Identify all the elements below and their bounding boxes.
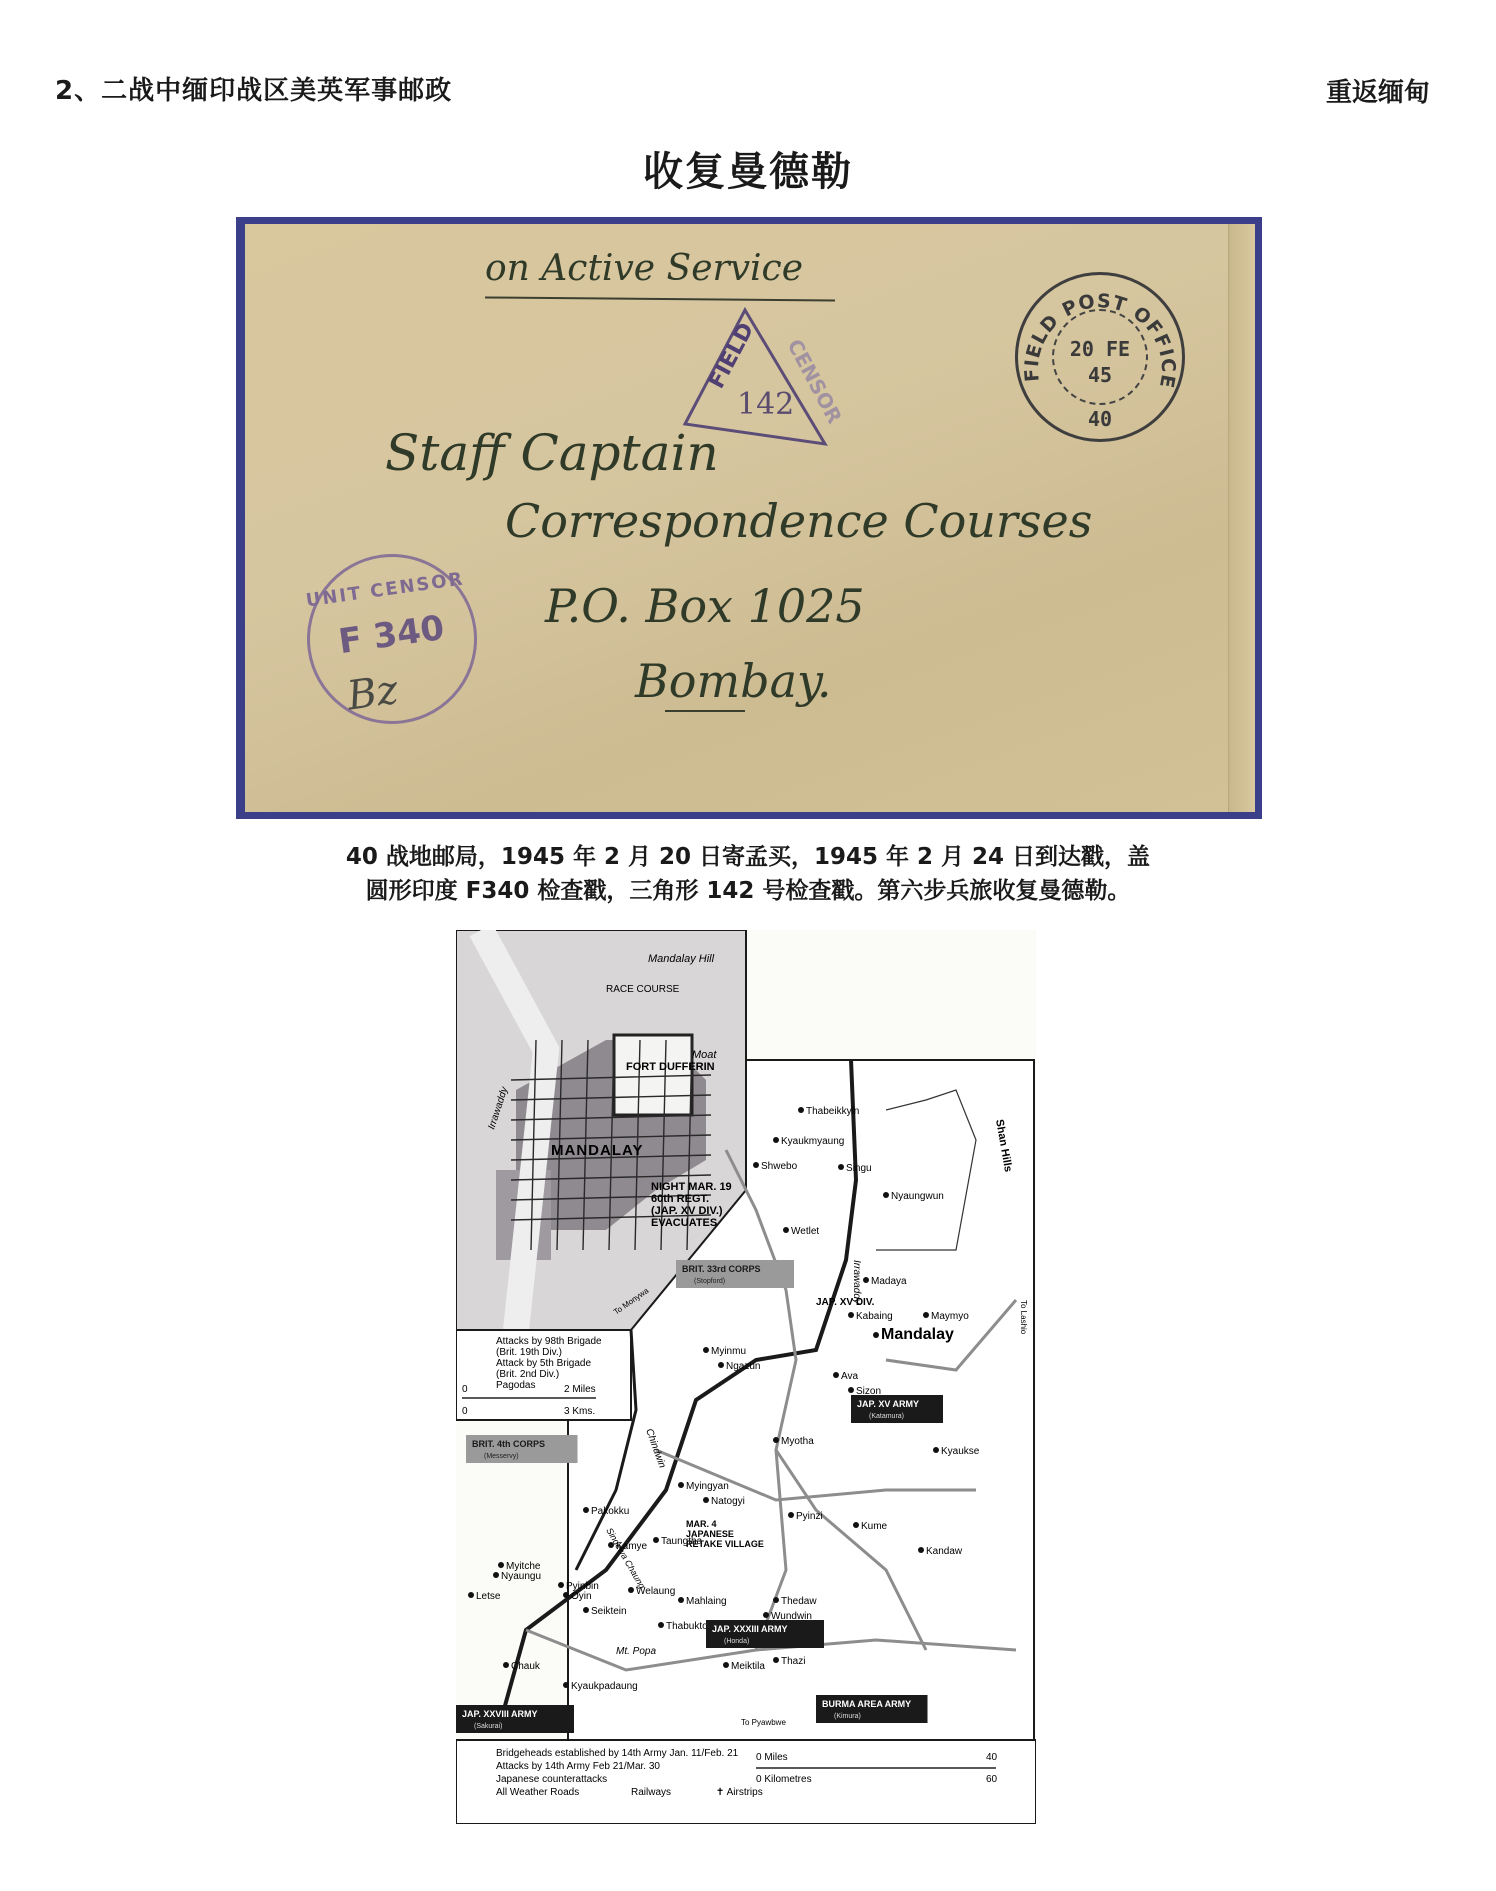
town-marker (848, 1387, 854, 1393)
formation-name: BRIT. 33rd CORPS (682, 1264, 761, 1274)
town-label: Seiktein (591, 1606, 627, 1617)
label-moat: Moat (692, 1049, 717, 1061)
inset-scale-km-0: 0 (462, 1406, 468, 1417)
town-label: Wetlet (791, 1226, 819, 1237)
town-label: Shwebo (761, 1161, 798, 1172)
town-marker (493, 1572, 499, 1578)
address-line-1: Staff Captain (385, 424, 719, 482)
town-label: Nyaungwun (891, 1191, 944, 1202)
town-marker (678, 1597, 684, 1603)
address-underline (665, 710, 745, 712)
town-marker (773, 1657, 779, 1663)
town-label: Mt. Popa (616, 1646, 656, 1657)
label-mandalay-hill: Mandalay Hill (648, 953, 715, 965)
formation-name: JAP. XXVIII ARMY (462, 1709, 538, 1719)
fort-dufferin-walls (614, 1035, 692, 1115)
unit-censor-ring: UNIT CENSOR (302, 568, 467, 612)
town-marker (558, 1582, 564, 1588)
town-label: Pyinzi (796, 1511, 823, 1522)
town-marker (583, 1507, 589, 1513)
formation-name: BRIT. 4th CORPS (472, 1439, 545, 1449)
envelope-flap (1228, 224, 1255, 812)
town-marker (503, 1662, 509, 1668)
label-race-course: RACE COURSE (606, 984, 680, 995)
inset-legend-item: (Brit. 19th Div.) (496, 1347, 562, 1358)
town-label: Pakokku (591, 1506, 629, 1517)
inset-legend-item: Pagodas (496, 1380, 535, 1391)
town-marker (848, 1312, 854, 1318)
formation-commander: (Sakurai) (474, 1723, 502, 1730)
note-evacuates: 60th REGT. (651, 1193, 709, 1205)
town-marker (783, 1227, 789, 1233)
retake-note: RETAKE VILLAGE (686, 1539, 764, 1549)
formation-name: JAP. XV ARMY (857, 1399, 919, 1409)
field-post-office-postmark: FIELD POST OFFICE 20 FE 45 40 (1015, 272, 1185, 442)
formation-name: BURMA AREA ARMY (822, 1699, 911, 1709)
town-label: Madaya (871, 1276, 907, 1287)
censor-signature: Bz (344, 667, 400, 720)
town-marker (873, 1332, 879, 1338)
town-label: Thazi (781, 1656, 805, 1667)
formation-name: JAP. XXXIII ARMY (712, 1624, 788, 1634)
inset-scale-miles-end: 2 Miles (564, 1384, 596, 1395)
retake-note: JAPANESE (686, 1529, 734, 1539)
address-line-2: Correspondence Courses (505, 494, 1092, 548)
town-label: Myinmu (711, 1346, 746, 1357)
town-marker (703, 1347, 709, 1353)
town-label: Maymyo (931, 1311, 969, 1322)
formation-name: JAP. XV DIV. (816, 1297, 875, 1308)
town-marker (863, 1277, 869, 1283)
unit-censor-mark: UNIT CENSOR F 340 Bz (296, 543, 488, 735)
envelope-cover: on Active Service Staff Captain Correspo… (245, 224, 1255, 812)
town-label: Nyaungu (501, 1571, 541, 1582)
formation-commander: (Kimura) (834, 1713, 861, 1720)
town-marker (718, 1362, 724, 1368)
section-header: 2、二战中缅印战区美英军事邮政 (55, 70, 452, 107)
inset-legend-item: Attack by 5th Brigade (496, 1358, 591, 1369)
postmark-year: 45 (1018, 363, 1182, 387)
town-label: Natogyi (711, 1496, 745, 1507)
town-marker (773, 1137, 779, 1143)
note-evacuates: NIGHT MAR. 19 (651, 1181, 732, 1193)
town-marker (788, 1512, 794, 1518)
map-legend-item: Japanese counterattacks (496, 1774, 607, 1785)
town-marker (798, 1107, 804, 1113)
town-label: Kabaing (856, 1311, 893, 1322)
town-marker (498, 1562, 504, 1568)
map-legend-railways: Railways (631, 1787, 671, 1798)
chapter-header: 重返缅甸 (1326, 72, 1430, 109)
town-label: Thabeikkyin (806, 1106, 859, 1117)
town-label: Ava (841, 1371, 858, 1382)
formation-commander: (Messervy) (484, 1453, 519, 1460)
triangle-censor-shape: FIELD CENSOR 142 (675, 304, 845, 454)
town-label: Kume (861, 1521, 888, 1532)
town-marker (883, 1192, 889, 1198)
postmark-number: 40 (1018, 407, 1182, 431)
town-label: Kyaukpadaung (571, 1681, 638, 1692)
map-legend-item: Bridgeheads established by 14th Army Jan… (496, 1748, 739, 1759)
inset-legend-item: Attacks by 98th Brigade (496, 1336, 602, 1347)
map-scale-km-end: 60 (986, 1774, 998, 1785)
town-marker (853, 1522, 859, 1528)
formation-commander: (Katamura) (869, 1413, 904, 1420)
endorsement-text: on Active Service (485, 248, 803, 289)
town-label: Oyin (571, 1591, 592, 1602)
inset-scale-miles-0: 0 (462, 1384, 468, 1395)
town-marker (773, 1597, 779, 1603)
address-line-3: P.O. Box 1025 (545, 579, 865, 633)
map-legend-airstrips: ✝ Airstrips (716, 1787, 763, 1798)
page-title: 收复曼德勒 (0, 140, 1496, 197)
triangle-number: 142 (737, 387, 794, 422)
town-marker (918, 1547, 924, 1553)
town-label: Myingyan (686, 1481, 729, 1492)
endorsement-underline (485, 296, 835, 301)
label-to-pyawbwe: To Pyawbwe (741, 1718, 786, 1727)
town-label: Myotha (781, 1436, 814, 1447)
map-scale-miles-end: 40 (986, 1752, 998, 1763)
town-marker (583, 1607, 589, 1613)
campaign-map: Mandalay HillRACE COURSEFORT DUFFERINMoa… (456, 930, 1036, 1824)
town-label: Mandalay (881, 1326, 954, 1343)
inset-scale-km-end: 3 Kms. (564, 1406, 595, 1417)
map-legend-item: All Weather Roads (496, 1787, 579, 1798)
label-mandalay-inset: MANDALAY (551, 1142, 643, 1159)
town-label: Singu (846, 1163, 872, 1174)
map-scale-km-0: 0 Kilometres (756, 1774, 812, 1785)
town-marker (833, 1372, 839, 1378)
town-marker (933, 1447, 939, 1453)
formation-commander: (Honda) (724, 1638, 749, 1645)
town-marker (723, 1662, 729, 1668)
map-legend-item: Attacks by 14th Army Feb 21/Mar. 30 (496, 1761, 660, 1772)
town-marker (628, 1587, 634, 1593)
triangle-side-text: FIELD (704, 319, 759, 393)
note-evacuates: EVACUATES (651, 1217, 717, 1229)
town-marker (563, 1682, 569, 1688)
triangle-censor-mark: FIELD CENSOR 142 (675, 304, 845, 454)
town-label: Kyaukse (941, 1446, 980, 1457)
cover-caption: 40 战地邮局，1945 年 2 月 20 日寄孟买，1945 年 2 月 24… (0, 840, 1496, 908)
note-evacuates: (JAP. XV DIV.) (651, 1205, 723, 1217)
town-marker (838, 1164, 844, 1170)
town-marker (773, 1437, 779, 1443)
town-marker (563, 1592, 569, 1598)
town-label: Meiktila (731, 1661, 765, 1672)
town-marker (753, 1162, 759, 1168)
town-marker (468, 1592, 474, 1598)
town-label: Chauk (511, 1661, 541, 1672)
town-marker (658, 1622, 664, 1628)
town-marker (703, 1497, 709, 1503)
inset-legend-item: (Brit. 2nd Div.) (496, 1369, 559, 1380)
town-label: Thedaw (781, 1596, 817, 1607)
caption-line-1: 40 战地邮局，1945 年 2 月 20 日寄孟买，1945 年 2 月 24… (0, 840, 1496, 874)
town-label: Kandaw (926, 1546, 963, 1557)
caption-line-2: 圆形印度 F340 检查戳，三角形 142 号检查戳。第六步兵旅收复曼德勒。 (0, 874, 1496, 908)
town-label: Ngazun (726, 1361, 760, 1372)
unit-censor-number: F 340 (307, 604, 475, 666)
retake-note: MAR. 4 (686, 1519, 717, 1529)
label-fort-dufferin: FORT DUFFERIN (626, 1061, 715, 1073)
town-marker (678, 1482, 684, 1488)
town-marker (653, 1537, 659, 1543)
postmark-date: 20 FE (1018, 337, 1182, 361)
town-marker (923, 1312, 929, 1318)
town-label: Mahlaing (686, 1596, 727, 1607)
address-line-4: Bombay. (635, 654, 832, 708)
label-to-lashio: To Lashio (1019, 1300, 1028, 1335)
town-marker (763, 1612, 769, 1618)
map-scale-miles-0: 0 Miles (756, 1752, 788, 1763)
town-label: Letse (476, 1591, 501, 1602)
town-label: Kyaukmyaung (781, 1136, 844, 1147)
formation-commander: (Stopford) (694, 1278, 725, 1285)
